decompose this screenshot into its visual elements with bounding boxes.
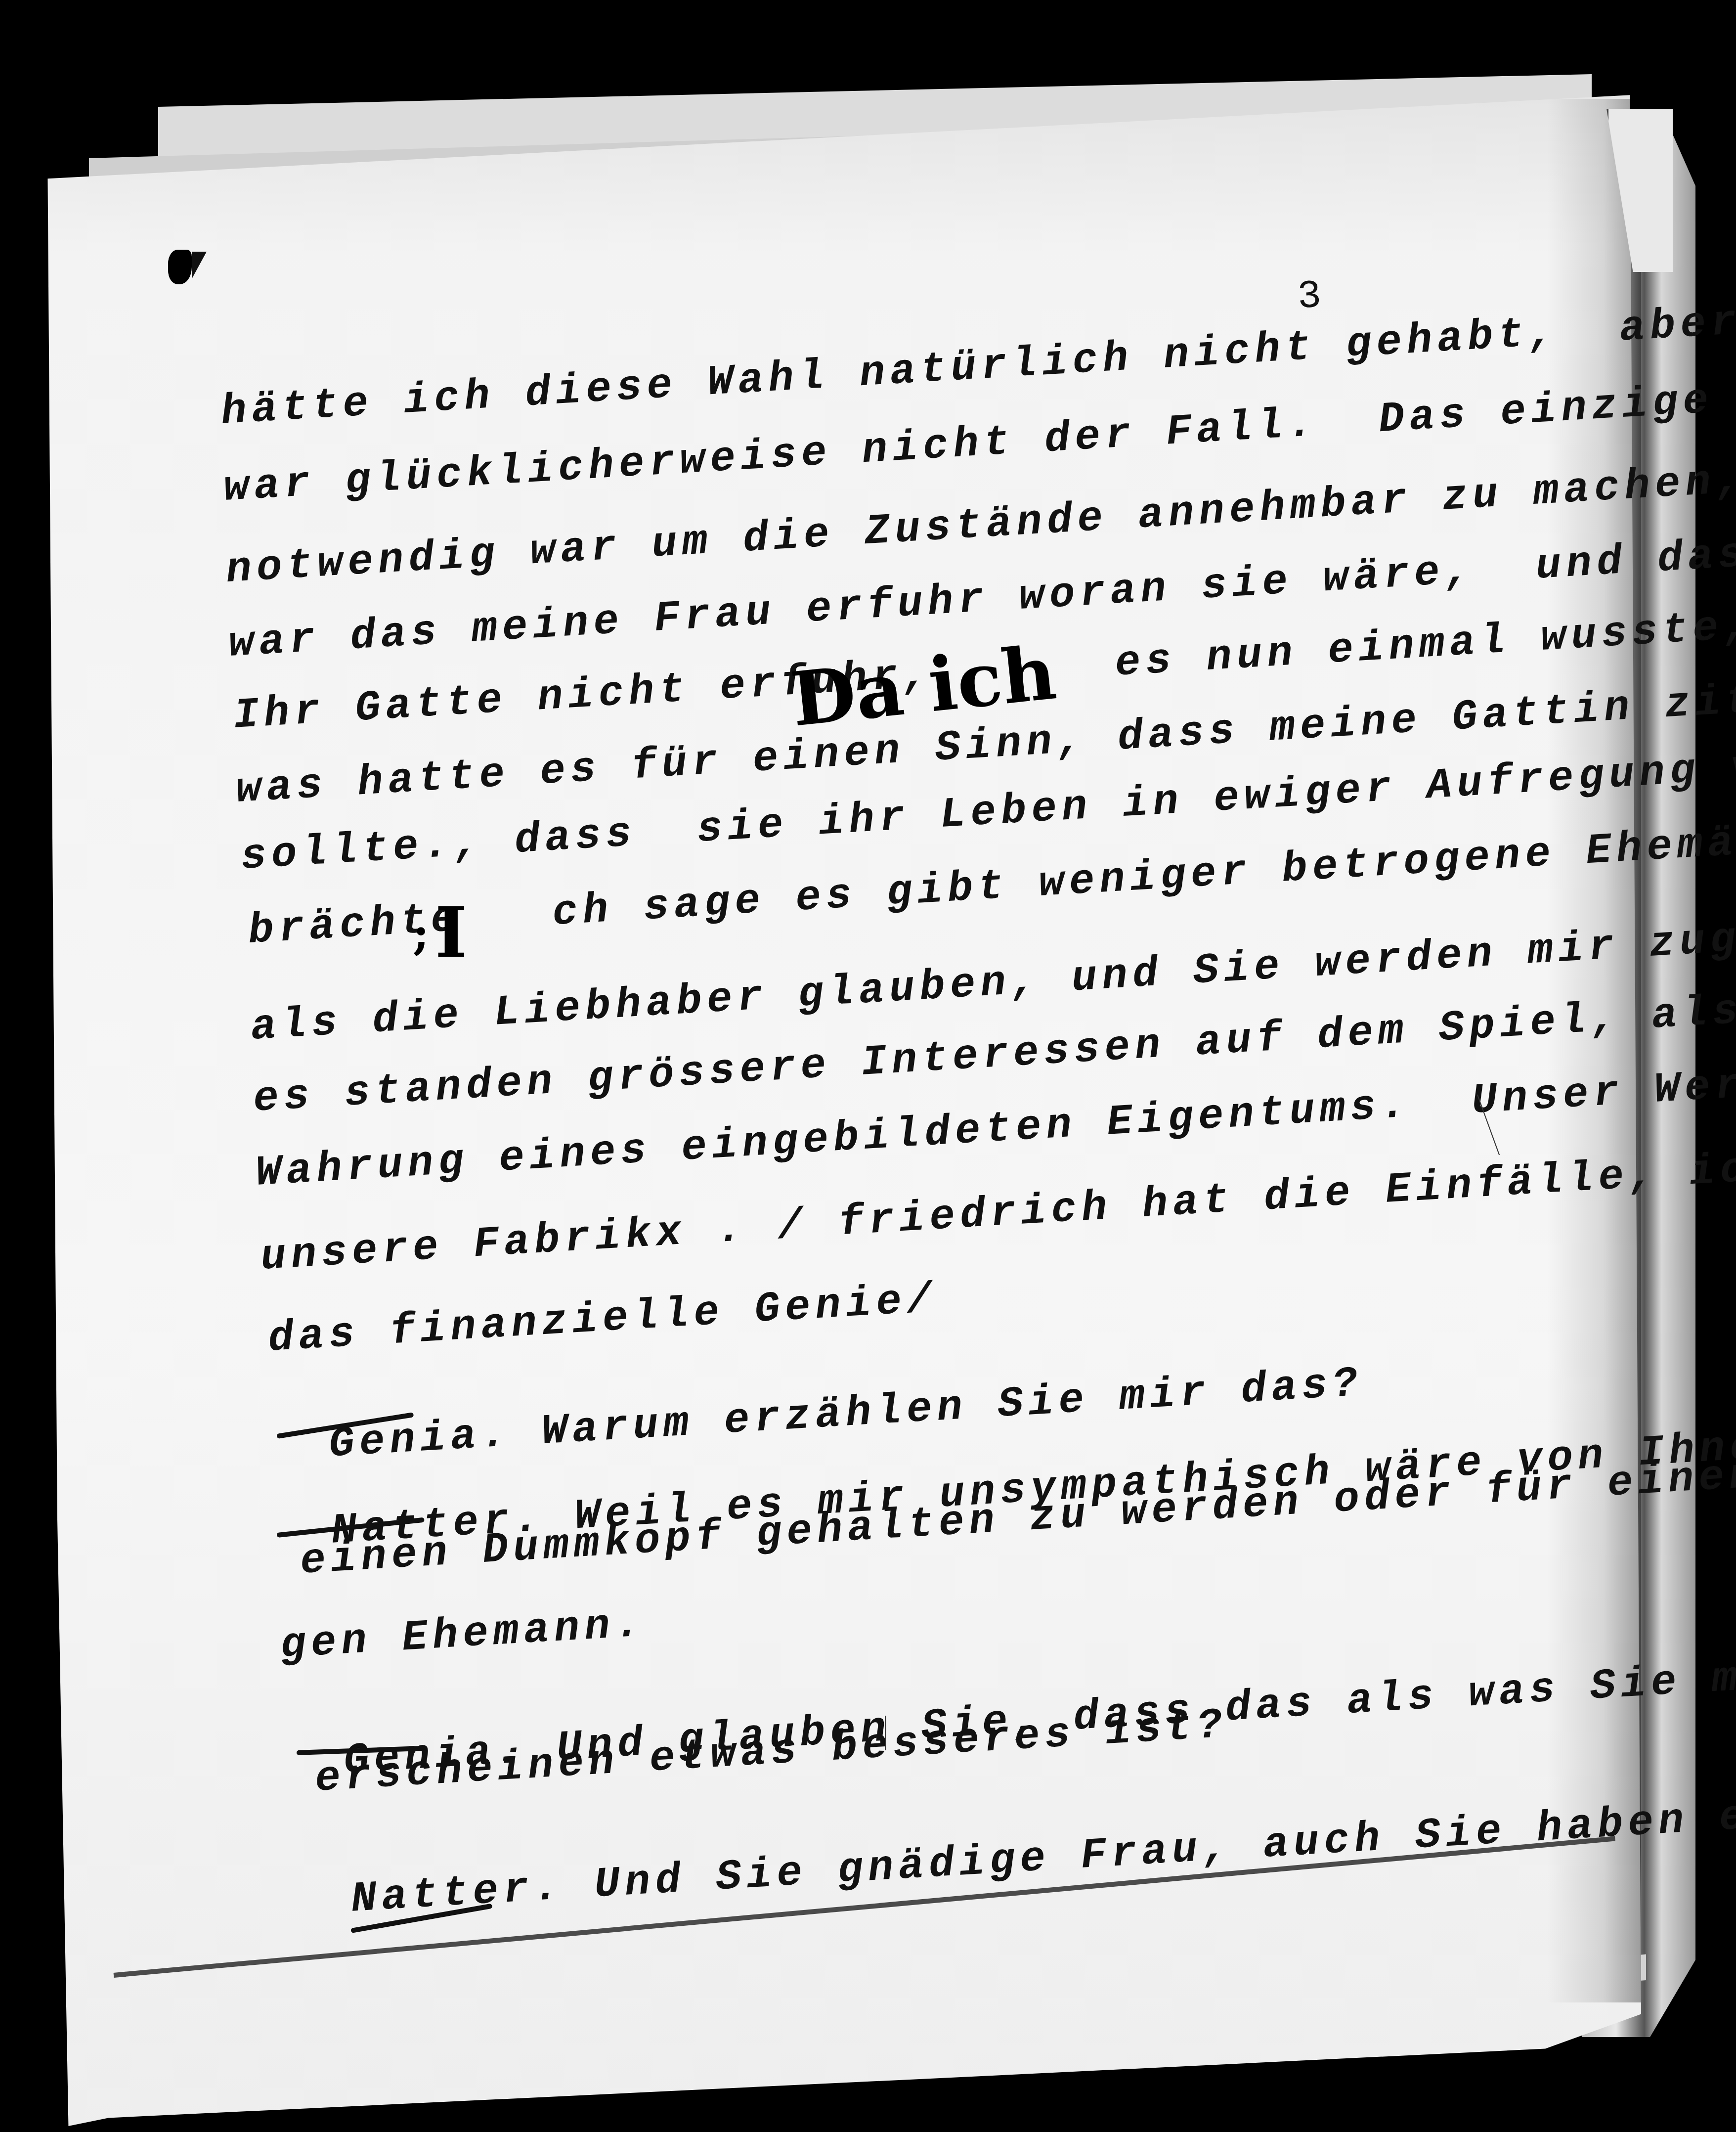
punch-hole-icon	[168, 250, 192, 284]
scratch-mark	[885, 1716, 886, 1750]
handwritten-correction-i: I	[435, 892, 468, 974]
handwritten-correction-semicolon: ;	[413, 907, 429, 960]
page-number: 3	[1297, 274, 1323, 320]
